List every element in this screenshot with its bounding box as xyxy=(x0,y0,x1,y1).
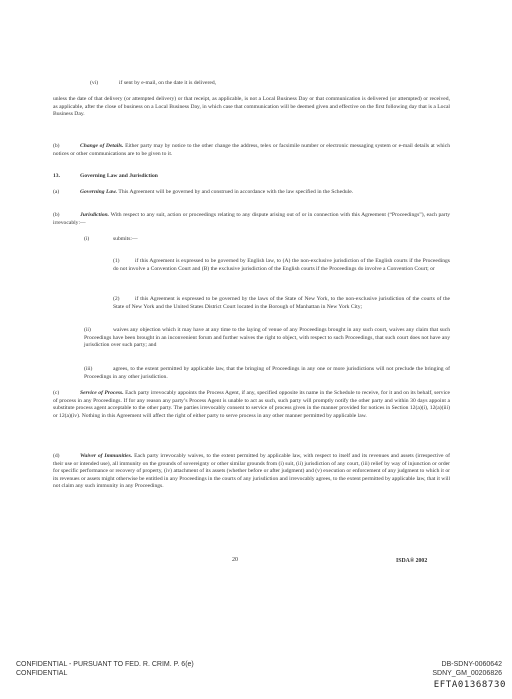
jurisdiction-paragraph: (b)Jurisdiction. With respect to any sui… xyxy=(53,212,450,227)
clause-heading: Waiver of Immunities. xyxy=(80,453,132,459)
item-vi: (vi)if sent by e-mail, on the date it is… xyxy=(90,80,450,88)
item-text: waives any objection which it may have a… xyxy=(84,327,450,348)
clause-heading: Jurisdiction. xyxy=(80,212,109,218)
governing-law-paragraph: (a)Governing Law. This Agreement will be… xyxy=(53,189,450,197)
clause-heading: Service of Process. xyxy=(80,390,124,396)
item-label: (ii) xyxy=(84,327,113,335)
db-sdny-number: DB-SDNY-0060642 xyxy=(432,660,502,669)
item-label: (1) xyxy=(113,258,135,266)
footer-right: DB-SDNY-0060642 SDNY_GM_00206826 xyxy=(432,660,502,678)
item-label: (iii) xyxy=(84,366,113,374)
isda-mark: ISDA® 2002 xyxy=(396,558,427,566)
waiver-of-immunities-paragraph: (d)Waiver of Immunities. Each party irre… xyxy=(53,453,450,491)
clause-text: This Agreement will be governed by and c… xyxy=(118,189,353,195)
sdny-gm-number: SDNY_GM_00206826 xyxy=(432,669,502,678)
clause-label: (b) xyxy=(53,143,80,151)
jurisdiction-item-iii: (iii)agrees, to the extent permitted by … xyxy=(84,366,450,381)
section-number: 13. xyxy=(53,173,80,181)
service-of-process-paragraph: (c)Service of Process. Each party irrevo… xyxy=(53,390,450,420)
jurisdiction-item-i: (i)submits:— xyxy=(84,236,450,244)
clause-label: (b) xyxy=(53,212,80,220)
clause-label: (a) xyxy=(53,189,80,197)
jurisdiction-item-i-1: (1)if this Agreement is expressed to be … xyxy=(113,258,450,273)
confidential-notice: CONFIDENTIAL - PURSUANT TO FED. R. CRIM.… xyxy=(16,660,194,669)
item-label: (2) xyxy=(113,296,135,304)
document-page: (vi)if sent by e-mail, on the date it is… xyxy=(0,0,512,699)
footer-left: CONFIDENTIAL - PURSUANT TO FED. R. CRIM.… xyxy=(16,660,194,678)
item-label: (i) xyxy=(84,236,113,244)
jurisdiction-item-ii: (ii)waives any objection which it may ha… xyxy=(84,327,450,350)
item-text: if sent by e-mail, on the date it is del… xyxy=(119,80,216,86)
section-title: Governing Law and Jurisdiction xyxy=(80,173,158,179)
change-of-details-paragraph: (b)Change of Details. Either party may b… xyxy=(53,143,450,158)
clause-text: With respect to any suit, action or proc… xyxy=(53,212,450,226)
section-13-heading: 13.Governing Law and Jurisdiction xyxy=(53,173,450,181)
jurisdiction-item-i-2: (2)if this Agreement is expressed to be … xyxy=(113,296,450,311)
clause-label: (d) xyxy=(53,453,80,461)
item-text: if this Agreement is expressed to be gov… xyxy=(113,258,450,272)
page-number: 20 xyxy=(232,557,238,565)
item-text: if this Agreement is expressed to be gov… xyxy=(113,296,450,310)
clause-label: (c) xyxy=(53,390,80,398)
bates-number: EFTA01368730 xyxy=(434,680,506,690)
clause-heading: Governing Law. xyxy=(80,189,117,195)
item-text: submits:— xyxy=(113,236,138,242)
confidential-label: CONFIDENTIAL xyxy=(16,669,194,678)
item-text: agrees, to the extent permitted by appli… xyxy=(84,366,450,380)
clause-heading: Change of Details. xyxy=(80,143,123,149)
unless-paragraph: unless the date of that delivery (or att… xyxy=(53,96,450,119)
item-label: (vi) xyxy=(90,80,119,88)
